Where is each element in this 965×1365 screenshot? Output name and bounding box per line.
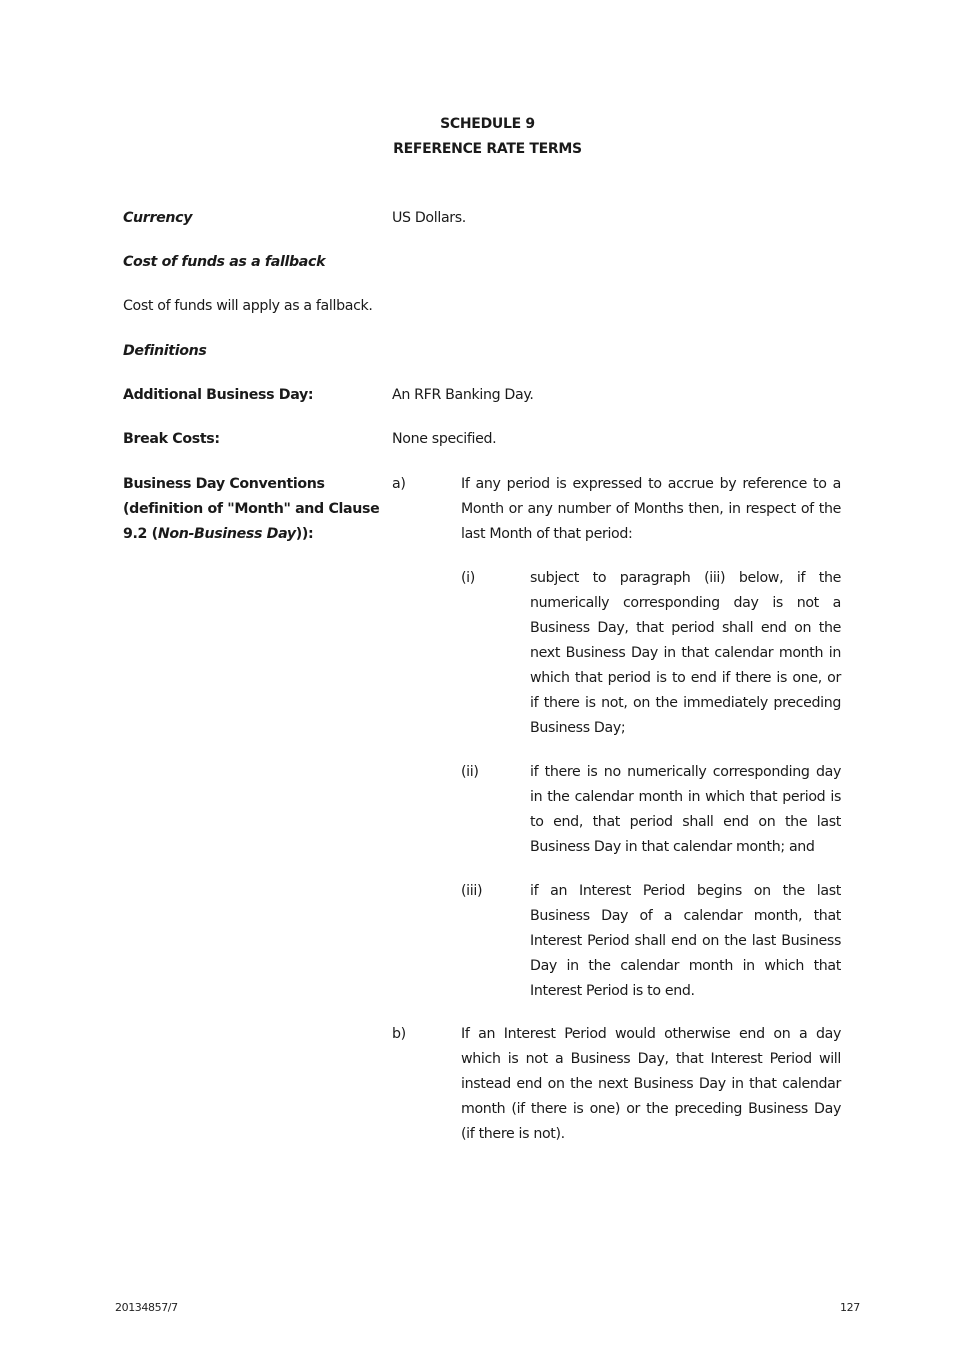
bdc-label-line1: Business Day Conventions: [123, 472, 379, 497]
page-number: 127: [840, 1301, 860, 1314]
bdc-label-prefix: 9.2 (: [123, 526, 158, 542]
item-b-marker: b): [392, 1022, 406, 1047]
bdc-label-italic: Non-Business Day: [158, 526, 296, 542]
additional-business-day-value: An RFR Banking Day.: [392, 387, 534, 403]
currency-label: Currency: [123, 210, 192, 226]
page-title: REFERENCE RATE TERMS: [0, 141, 965, 157]
subitem-ii-marker: (ii): [461, 760, 479, 785]
business-day-conventions-label: Business Day Conventions (definition of …: [123, 472, 379, 547]
schedule-number: SCHEDULE 9: [0, 116, 965, 132]
break-costs-label: Break Costs:: [123, 431, 220, 447]
subitem-ii-text: if there is no numerically corresponding…: [530, 760, 841, 860]
definitions-heading: Definitions: [123, 343, 207, 359]
cost-of-funds-text: Cost of funds will apply as a fallback.: [123, 298, 373, 314]
bdc-label-suffix: )):: [296, 526, 314, 542]
subitem-i-text: subject to paragraph (iii) below, if the…: [530, 566, 841, 741]
subitem-iii-marker: (iii): [461, 879, 482, 904]
bdc-label-line2: (definition of "Month" and Clause: [123, 497, 379, 522]
subitem-iii-text: if an Interest Period begins on the last…: [530, 879, 841, 1004]
bdc-label-line3: 9.2 (Non-Business Day)):: [123, 522, 379, 547]
document-reference: 20134857/7: [115, 1301, 178, 1314]
break-costs-value: None specified.: [392, 431, 496, 447]
item-b-text: If an Interest Period would otherwise en…: [461, 1022, 841, 1147]
subitem-i-marker: (i): [461, 566, 475, 591]
item-a-text: If any period is expressed to accrue by …: [461, 472, 841, 547]
additional-business-day-label: Additional Business Day:: [123, 387, 313, 403]
currency-value: US Dollars.: [392, 210, 466, 226]
cost-of-funds-heading: Cost of funds as a fallback: [123, 254, 325, 270]
item-a-marker: a): [392, 472, 406, 497]
